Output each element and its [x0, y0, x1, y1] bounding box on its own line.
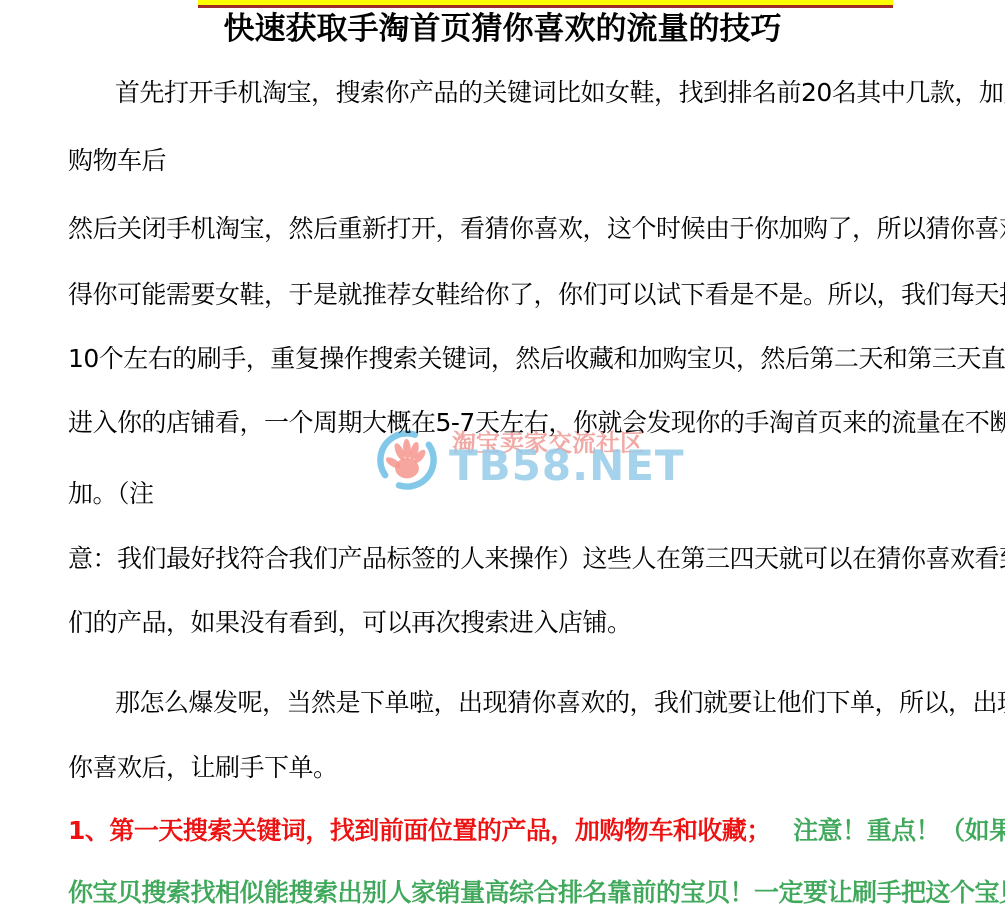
step1-green-text: 注意！重点！（如果用: [793, 816, 1005, 845]
body-line: 得你可能需要女鞋，于是就推荐女鞋给你了，你们可以试下看是不是。所以，我们每天找: [68, 280, 1005, 310]
body-line: 10个左右的刷手，重复操作搜索关键词，然后收藏和加购宝贝，然后第二天和第三天直接: [68, 344, 1005, 374]
page-title: 快速获取手淘首页猜你喜欢的流量的技巧: [0, 3, 1005, 48]
step1-line: 1、第一天搜索关键词，找到前面位置的产品，加购物车和收藏； 注意！重点！（如果用: [68, 816, 1005, 846]
body-line: 首先打开手机淘宝，搜索你产品的关键词比如女鞋，找到排名前20名其中几款，加入: [115, 78, 1005, 108]
document-page: 淘宝卖家交流社区 TB58.NET 快速获取手淘首页猜你喜欢的流量的技巧 首先打…: [0, 0, 1005, 907]
watermark-site-url: TB58.NET: [449, 441, 685, 490]
body-line: 你喜欢后，让刷手下单。: [68, 753, 338, 783]
body-line: 然后关闭手机淘宝，然后重新打开，看猜你喜欢，这个时候由于你加购了，所以猜你喜欢觉: [68, 214, 1005, 244]
step1-green-line2: 你宝贝搜索找相似能搜索出别人家销量高综合排名靠前的宝贝！一定要让刷手把这个宝贝收: [68, 878, 1005, 907]
step1-red-text: 1、第一天搜索关键词，找到前面位置的产品，加购物车和收藏；: [68, 816, 771, 845]
body-line: 那怎么爆发呢，当然是下单啦，出现猜你喜欢的，我们就要让他们下单，所以，出现猜: [115, 688, 1005, 718]
body-line: 进入你的店铺看，一个周期大概在5-7天左右，你就会发现你的手淘首页来的流量在不断…: [68, 408, 1005, 438]
body-line: 购物车后: [68, 146, 166, 176]
body-line: 意：我们最好找符合我们产品标签的人来操作）这些人在第三四天就可以在猜你喜欢看到我: [68, 544, 1005, 574]
body-line: 加。（注: [68, 479, 154, 509]
body-line: 们的产品，如果没有看到，可以再次搜索进入店铺。: [68, 608, 632, 638]
